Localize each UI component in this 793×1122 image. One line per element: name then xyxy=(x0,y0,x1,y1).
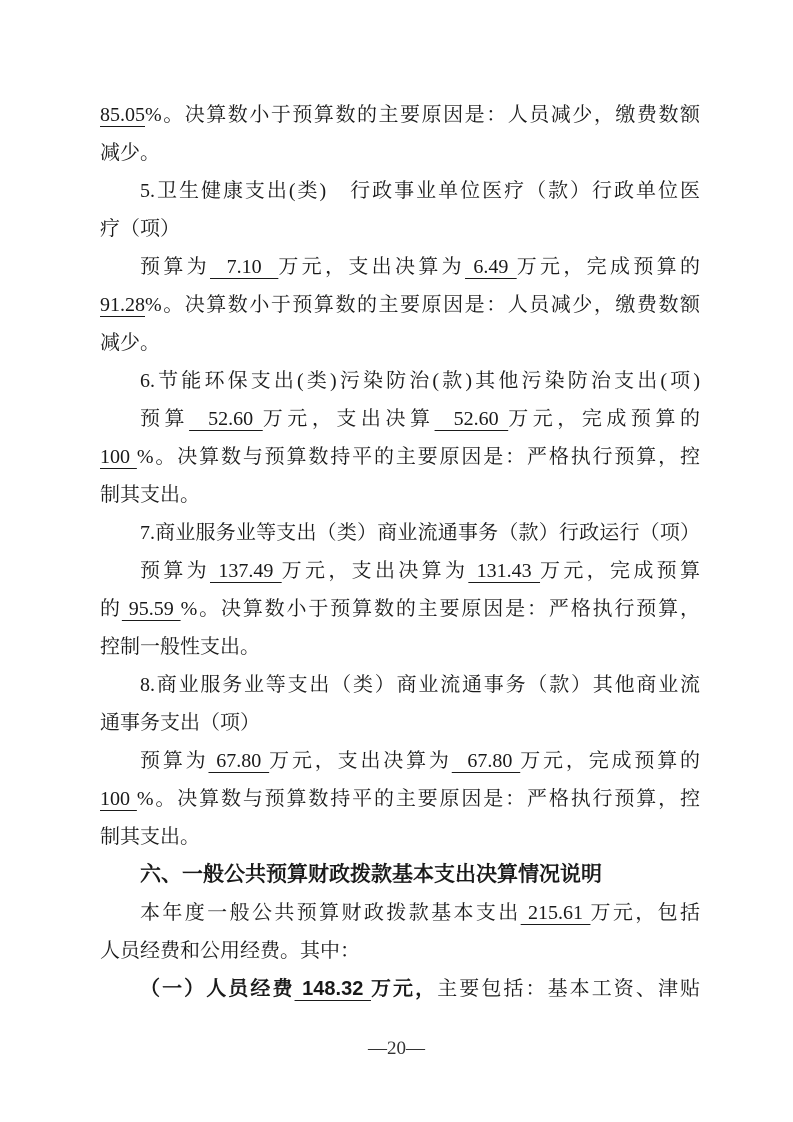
text-line: （一）人员经费 148.32 万元，主要包括：基本工资、津贴 xyxy=(100,970,700,1008)
text-segment: 万元，支出决算 xyxy=(263,408,435,430)
underlined-value: 91.28 xyxy=(100,294,145,316)
text-segment: 万元，支出决算为 xyxy=(269,750,452,772)
text-line: 预算 52.60 万元，支出决算 52.60 万元，完成预算的 xyxy=(100,400,700,438)
text-segment: 疗（项） xyxy=(100,218,180,240)
underlined-value: 95.59 xyxy=(122,598,181,620)
text-segment: 减少。 xyxy=(100,142,160,164)
text-segment: 预算 xyxy=(140,408,189,430)
text-line: 预算为 67.80 万元，支出决算为 67.80 万元，完成预算的 xyxy=(100,742,700,780)
underlined-value: 67.80 xyxy=(452,750,520,772)
text-segment: 控制一般性支出。 xyxy=(100,636,260,658)
underlined-value: 67.80 xyxy=(208,750,269,772)
text-segment: 制其支出。 xyxy=(100,484,200,506)
text-segment: %。决算数与预算数持平的主要原因是：严格执行预算，控 xyxy=(137,446,700,468)
text-segment: 通事务支出（项） xyxy=(100,712,260,734)
text-line: 91.28%。决算数小于预算数的主要原因是：人员减少，缴费数额 xyxy=(100,286,700,324)
underlined-value: 148.32 xyxy=(295,978,371,1000)
text-segment: 预算为 xyxy=(140,750,208,772)
text-segment: 六、一般公共预算财政拨款基本支出决算情况说明 xyxy=(140,863,602,886)
underlined-value: 6.49 xyxy=(465,256,517,278)
document-page: 85.05%。决算数小于预算数的主要原因是：人员减少，缴费数额减少。5.卫生健康… xyxy=(0,0,793,1122)
text-line: 预算为 137.49 万元，支出决算为 131.43 万元，完成预算 xyxy=(100,552,700,590)
underlined-value: 52.60 xyxy=(189,408,263,430)
text-segment: %。决算数小于预算数的主要原因是：人员减少，缴费数额 xyxy=(145,294,700,316)
text-line: 7.商业服务业等支出（类）商业流通事务（款）行政运行（项） xyxy=(100,514,700,552)
text-line: 人员经费和公用经费。其中： xyxy=(100,932,700,970)
underlined-value: 137.49 xyxy=(210,560,282,582)
text-segment: %。决算数小于预算数的主要原因是：严格执行预算， xyxy=(181,598,700,620)
text-line: 8.商业服务业等支出（类）商业流通事务（款）其他商业流 xyxy=(100,666,700,704)
text-segment: 预算为 xyxy=(140,256,210,278)
text-line: 本年度一般公共预算财政拨款基本支出 215.61 万元，包括 xyxy=(100,894,700,932)
underlined-value: 100 xyxy=(100,788,137,810)
text-segment: 预算为 xyxy=(140,560,210,582)
text-line: 通事务支出（项） xyxy=(100,704,700,742)
text-segment: 6.节能环保支出(类)污染防治(款)其他污染防治支出(项) xyxy=(140,370,700,392)
text-segment: 万元，包括 xyxy=(590,902,700,924)
text-segment: 万元，完成预算的 xyxy=(520,750,700,772)
text-segment: %。决算数小于预算数的主要原因是：人员减少，缴费数额 xyxy=(145,104,700,126)
text-segment: （一）人员经费 xyxy=(140,978,295,1000)
text-segment: 万元，支出决算为 xyxy=(278,256,465,278)
section-heading: 六、一般公共预算财政拨款基本支出决算情况说明 xyxy=(100,856,700,894)
text-line: 5.卫生健康支出(类) 行政事业单位医疗（款）行政单位医 xyxy=(100,172,700,210)
text-line: 100 %。决算数与预算数持平的主要原因是：严格执行预算，控 xyxy=(100,438,700,476)
text-line: 制其支出。 xyxy=(100,818,700,856)
text-line: 减少。 xyxy=(100,134,700,172)
text-line: 预算为 7.10 万元，支出决算为 6.49 万元，完成预算的 xyxy=(100,248,700,286)
document-body: 85.05%。决算数小于预算数的主要原因是：人员减少，缴费数额减少。5.卫生健康… xyxy=(100,96,700,1008)
text-line: 的 95.59 %。决算数小于预算数的主要原因是：严格执行预算， xyxy=(100,590,700,628)
text-segment: 万元，完成预算 xyxy=(540,560,700,582)
underlined-value: 52.60 xyxy=(435,408,509,430)
text-segment: 的 xyxy=(100,598,122,620)
text-segment: 8.商业服务业等支出（类）商业流通事务（款）其他商业流 xyxy=(140,674,700,696)
text-segment: 减少。 xyxy=(100,332,160,354)
text-segment: 本年度一般公共预算财政拨款基本支出 xyxy=(140,902,521,924)
text-segment: 人员经费和公用经费。其中： xyxy=(100,940,360,962)
text-line: 85.05%。决算数小于预算数的主要原因是：人员减少，缴费数额 xyxy=(100,96,700,134)
text-line: 控制一般性支出。 xyxy=(100,628,700,666)
text-segment: 万元， xyxy=(371,978,437,1000)
text-line: 6.节能环保支出(类)污染防治(款)其他污染防治支出(项) xyxy=(100,362,700,400)
underlined-value: 100 xyxy=(100,446,137,468)
underlined-value: 7.10 xyxy=(210,256,278,278)
underlined-value: 215.61 xyxy=(521,902,591,924)
underlined-value: 131.43 xyxy=(468,560,540,582)
page-number: —20— xyxy=(0,1030,793,1068)
text-line: 减少。 xyxy=(100,324,700,362)
text-segment: 制其支出。 xyxy=(100,826,200,848)
text-segment: 5.卫生健康支出(类) 行政事业单位医疗（款）行政单位医 xyxy=(140,180,700,202)
text-line: 100 %。决算数与预算数持平的主要原因是：严格执行预算，控 xyxy=(100,780,700,818)
text-segment: 万元，完成预算的 xyxy=(508,408,700,430)
text-segment: 主要包括：基本工资、津贴 xyxy=(437,978,700,1000)
text-segment: %。决算数与预算数持平的主要原因是：严格执行预算，控 xyxy=(137,788,700,810)
text-segment: 7.商业服务业等支出（类）商业流通事务（款）行政运行（项） xyxy=(140,522,700,544)
underlined-value: 85.05 xyxy=(100,104,145,126)
text-segment: 万元，完成预算的 xyxy=(517,256,700,278)
text-line: 疗（项） xyxy=(100,210,700,248)
text-line: 制其支出。 xyxy=(100,476,700,514)
text-segment: 万元，支出决算为 xyxy=(282,560,469,582)
